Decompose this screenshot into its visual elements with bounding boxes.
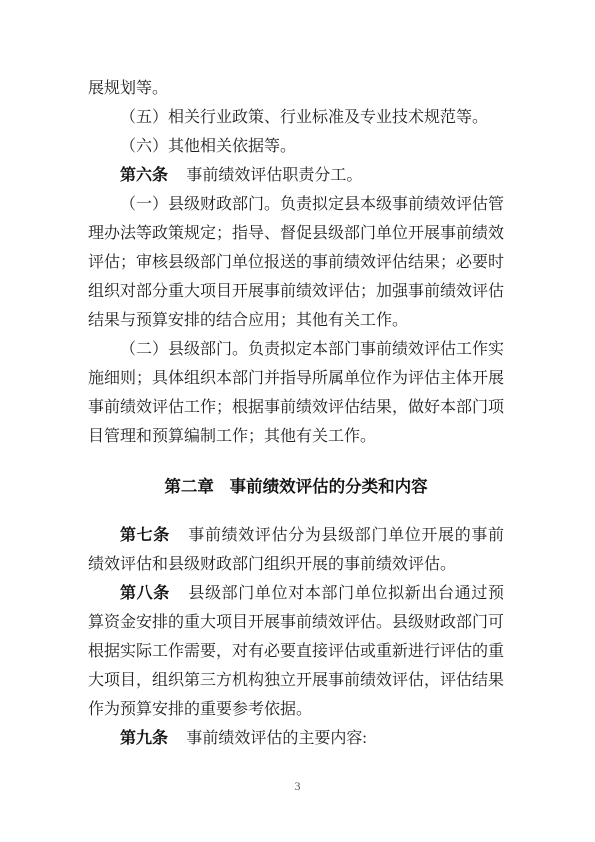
article-7: 第七条事前绩效评估分为县级部门单位开展的事前绩效评估和县级财政部门组织开展的事前… xyxy=(88,521,504,579)
list-item-6: （六）其他相关依据等。 xyxy=(88,132,504,161)
chapter-2-number: 第二章 xyxy=(164,478,214,496)
paragraph-continuation: 展规划等。 xyxy=(88,74,504,103)
chapter-2-title: 事前绩效评估的分类和内容 xyxy=(230,478,428,496)
article-8-text: 县级部门单位对本部门单位拟新出台通过预算资金安排的重大项目开展事前绩效评估。县级… xyxy=(88,585,504,718)
article-6-text: 事前绩效评估职责分工。 xyxy=(186,167,362,184)
article-6-number: 第六条 xyxy=(120,167,168,184)
article-6: 第六条事前绩效评估职责分工。 xyxy=(88,161,504,190)
list-item-5: （五）相关行业政策、行业标准及专业技术规范等。 xyxy=(88,103,504,132)
article-8: 第八条县级部门单位对本部门单位拟新出台通过预算资金安排的重大项目开展事前绩效评估… xyxy=(88,579,504,724)
clause-1-county-finance-dept: （一）县级财政部门。负责拟定县本级事前绩效评估管理办法等政策规定；指导、督促县级… xyxy=(88,190,504,335)
chapter-2-heading: 第二章事前绩效评估的分类和内容 xyxy=(88,473,504,502)
article-9-text: 事前绩效评估的主要内容: xyxy=(186,730,366,747)
article-8-number: 第八条 xyxy=(120,585,170,602)
article-9-number: 第九条 xyxy=(120,730,168,747)
page-number: 3 xyxy=(0,778,595,794)
document-page: 展规划等。 （五）相关行业政策、行业标准及专业技术规范等。 （六）其他相关依据等… xyxy=(0,0,595,842)
article-9: 第九条事前绩效评估的主要内容: xyxy=(88,724,504,753)
article-7-number: 第七条 xyxy=(120,527,170,544)
clause-2-county-dept: （二）县级部门。负责拟定本部门事前绩效评估工作实施细则；具体组织本部门并指导所属… xyxy=(88,335,504,451)
